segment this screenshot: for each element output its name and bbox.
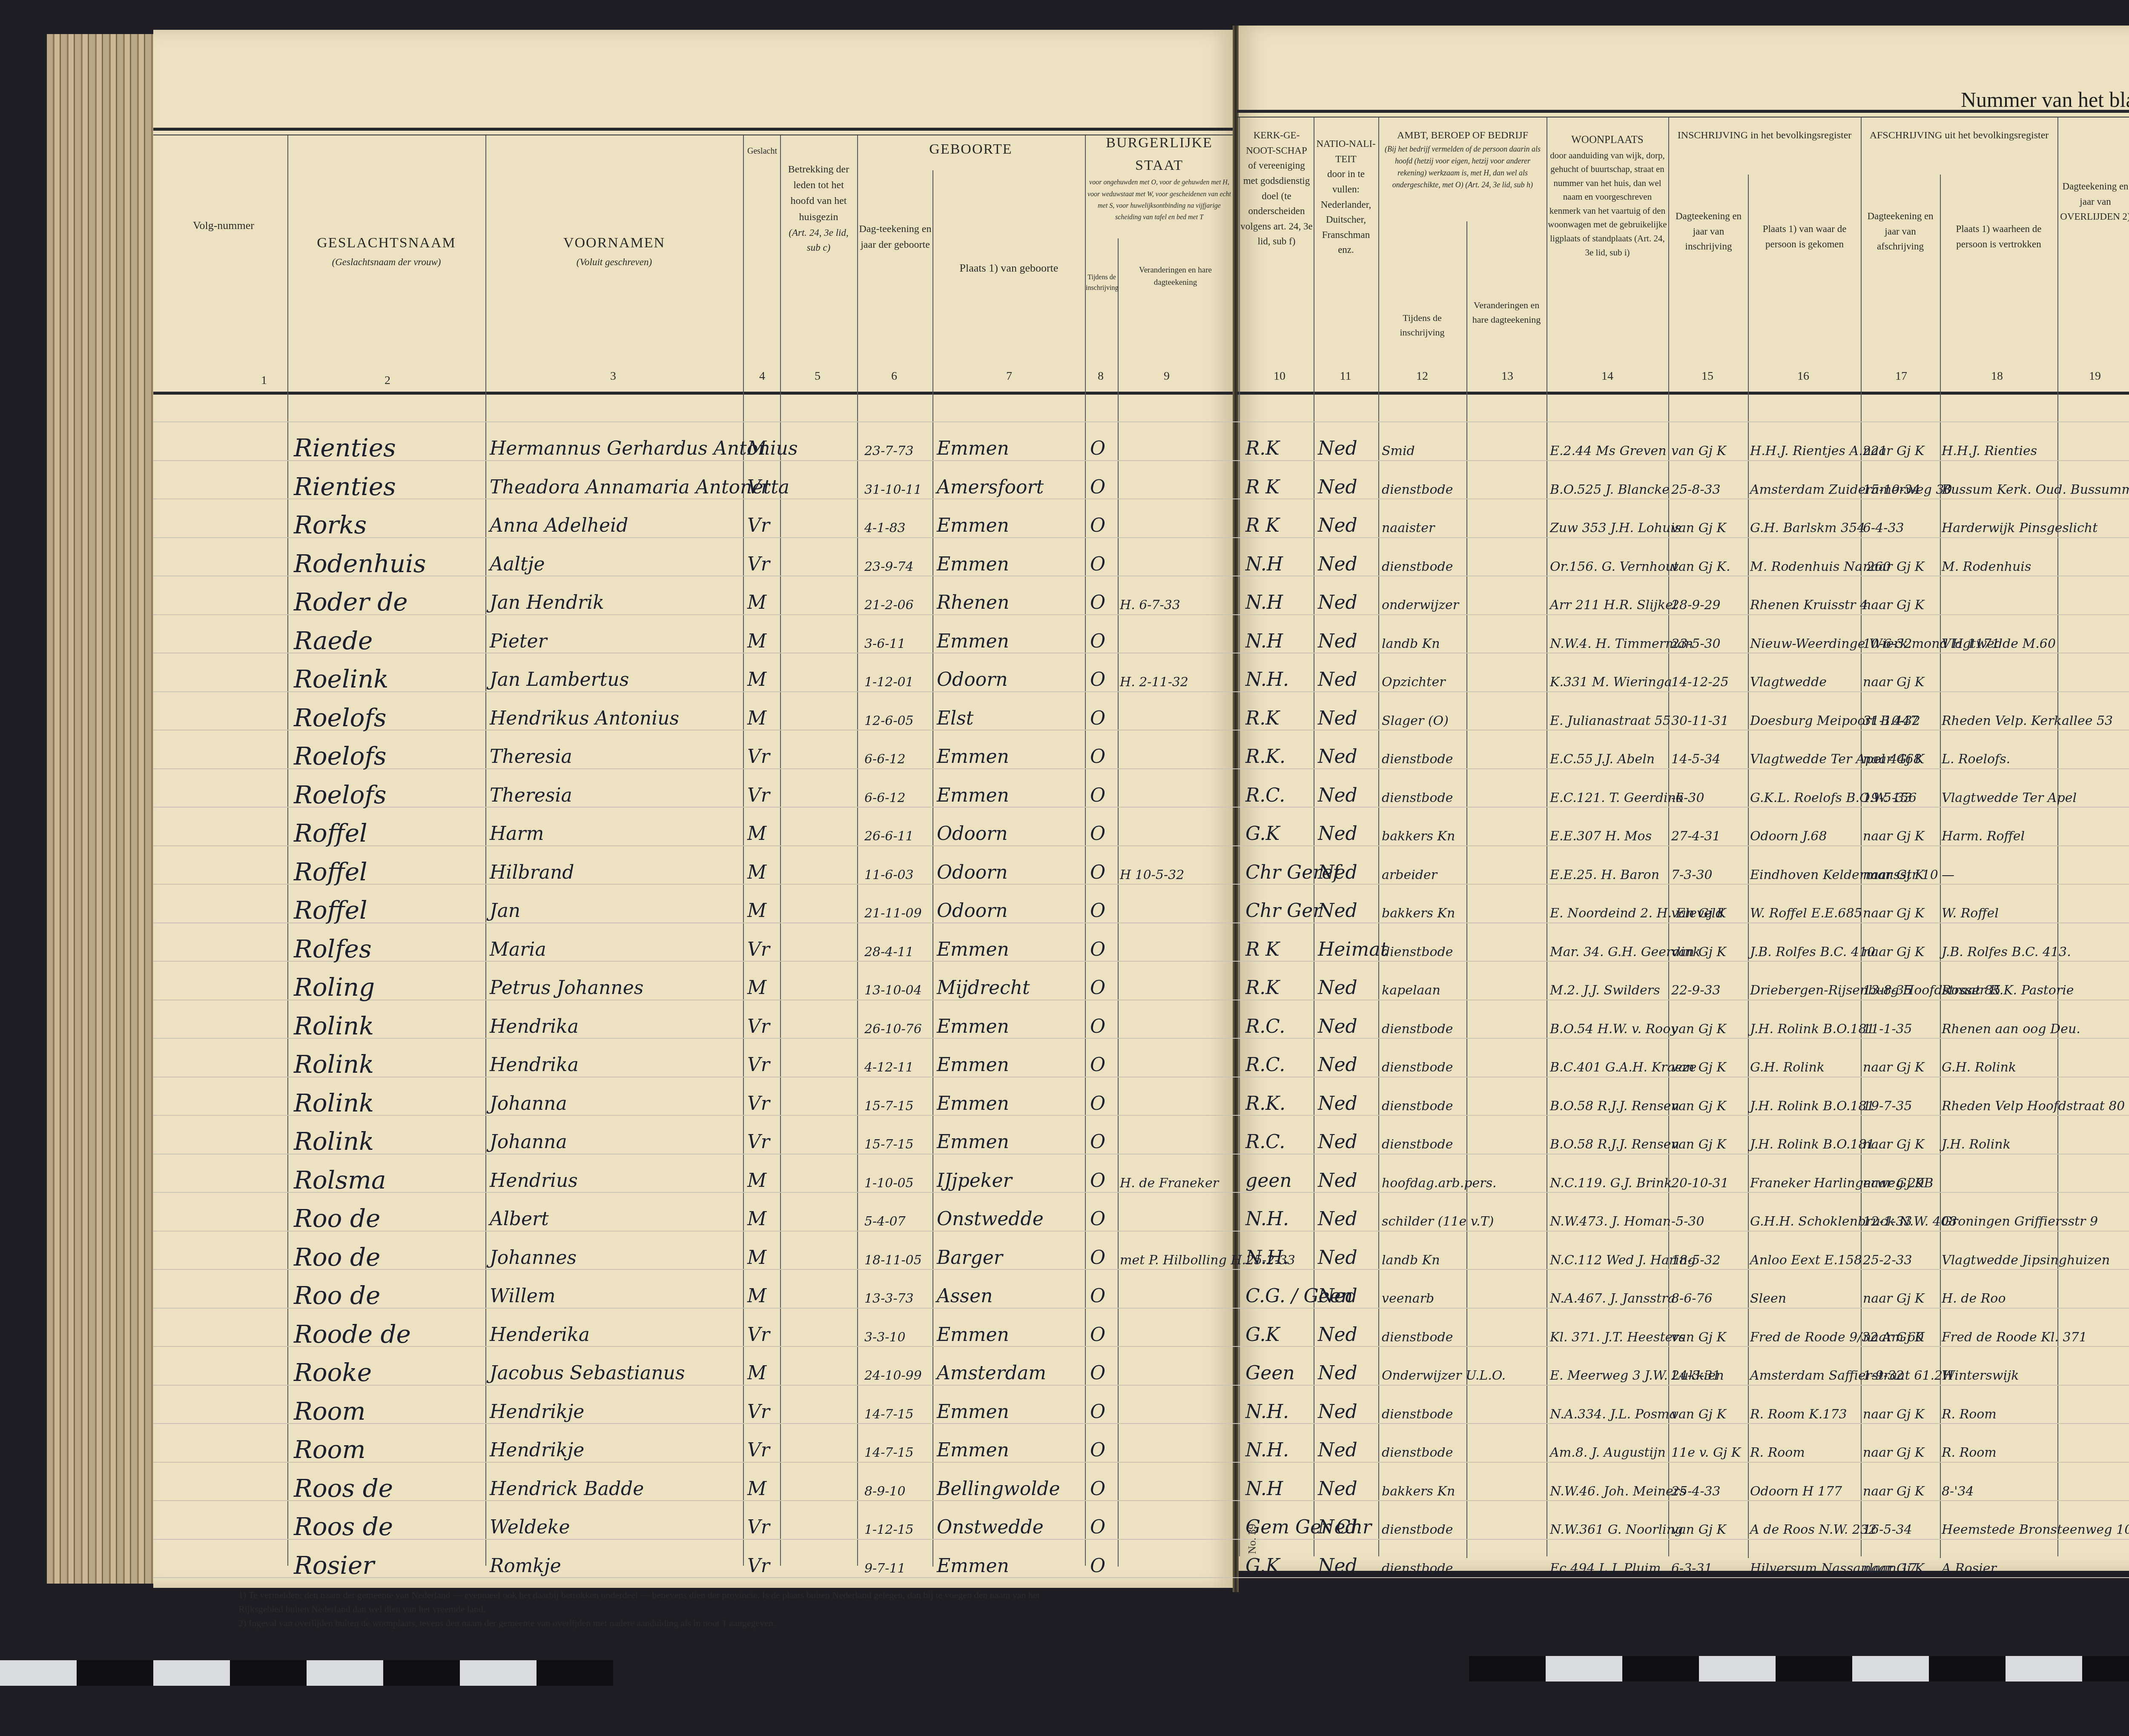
column-number: 8 <box>1092 370 1109 383</box>
header-bottom-rule <box>153 392 1233 395</box>
header-sub: (Voluit geschreven) <box>488 255 741 270</box>
header-group: GEBOORTE <box>858 138 1084 161</box>
cell-surname: Rolsma <box>294 1166 386 1195</box>
cell-out-to: L. Roelofs. <box>1942 752 2010 767</box>
cell-nat: Ned <box>1318 515 1357 536</box>
header-nationaliteit: NATIO-NALI-TEITdoor in te vullen: Nederl… <box>1314 136 1377 258</box>
header-sub: door aanduiding van wijk, dorp, gehucht … <box>1547 149 1667 259</box>
cell-out-date: naar Gj K <box>1863 598 1924 613</box>
cell-job: landb Kn <box>1382 1253 1440 1268</box>
cell-birth-date: 23-9-74 <box>864 559 914 574</box>
cell-job: dienstbode <box>1382 482 1453 497</box>
cell-surname: Roelofs <box>294 780 387 809</box>
cell-birth-place: Emmen <box>937 785 1009 806</box>
cell-job: dienstbode <box>1382 1022 1453 1037</box>
column-number: 7 <box>1001 370 1018 383</box>
cell-residence: M.2. J.J. Swilders <box>1550 983 1660 998</box>
cell-out-date: naar Gj K <box>1863 559 1924 574</box>
cell-surname: Rolink <box>294 1011 374 1040</box>
cell-church: R.K. <box>1245 1093 1285 1114</box>
cell-out-date: 31-10-32 <box>1863 713 1920 728</box>
cell-sex: Vr <box>747 746 770 768</box>
cell-birth-date: 21-2-06 <box>864 598 914 613</box>
cell-given: Anna Adelheid <box>490 515 628 536</box>
cell-out-date: 12-1-33 <box>1863 1214 1912 1229</box>
cell-nat: Ned <box>1318 1362 1357 1384</box>
cell-sex: Vr <box>747 1555 770 1577</box>
header-afschrijving-plaats: Plaats 1) waarheen de persoon is vertrok… <box>1941 221 2057 252</box>
cell-job: Opzichter <box>1382 675 1445 690</box>
cell-in-from: Amsterdam Zuideramerweg 30 <box>1750 482 1952 497</box>
cell-birth-place: Emmen <box>937 1324 1009 1346</box>
cell-out-date: naar Gj K <box>1863 752 1924 767</box>
cell-sex: M <box>747 669 766 690</box>
cell-church: Geen <box>1245 1362 1295 1384</box>
cell-out-to: Harm. Roffel <box>1942 829 2025 844</box>
cell-given: Theresia <box>490 746 572 768</box>
cell-nat: Ned <box>1318 977 1357 999</box>
cell-sex: M <box>747 592 766 613</box>
cell-surname: Room <box>294 1397 366 1426</box>
ruled-line <box>153 1000 2129 1000</box>
cell-residence: Zuw 353 J.H. Lohuis <box>1550 521 1681 536</box>
cell-birth-place: Emmen <box>937 515 1009 536</box>
cell-job: dienstbode <box>1382 1330 1453 1345</box>
cell-birth-date: 15-7-15 <box>864 1099 914 1114</box>
cell-surname: Raede <box>294 626 373 655</box>
cell-in-from: G.H. Barlskm 354 <box>1750 521 1865 536</box>
cell-in-from: J.H. Rolink B.O.181 <box>1750 1022 1875 1037</box>
cell-birth-place: Emmen <box>937 1054 1009 1076</box>
header-burgerlijke-staat: BURGERLIJKE STAATvoor ongehuwden met O, … <box>1086 132 1233 223</box>
cell-birth-place: Emmen <box>937 1093 1009 1114</box>
cell-birth-date: 28-4-11 <box>864 945 914 960</box>
cell-birth-place: Barger <box>937 1247 1003 1269</box>
cell-birth-date: 3-6-11 <box>864 636 906 651</box>
cell-civil: O <box>1090 900 1105 922</box>
cell-nat: Ned <box>1318 1093 1357 1114</box>
ruled-line <box>153 460 2129 461</box>
header-sub: of vereeniging met godsdienstig doel (te… <box>1240 158 1313 249</box>
cell-residence: Ec 494 L.J. Pluim <box>1550 1561 1661 1576</box>
cell-church: G.K <box>1245 1555 1280 1577</box>
header-geboorte-plaats: Plaats 1) van geboorte <box>933 260 1085 277</box>
cell-birth-date: 31-10-11 <box>864 482 922 497</box>
cell-nat: Ned <box>1318 438 1357 459</box>
cell-out-to: J.H. Rolink <box>1942 1137 2011 1152</box>
header-title: KERK-GE-NOOT-SCHAP <box>1240 128 1313 158</box>
cell-out-to: R. Room <box>1942 1407 1997 1422</box>
cell-surname: Rolink <box>294 1089 374 1117</box>
cell-in-date: van Gj K <box>1671 1522 1726 1537</box>
cell-sex: M <box>747 977 766 999</box>
cell-birth-place: Mijdrecht <box>937 977 1030 999</box>
cell-in-date: 27-4-31 <box>1671 829 1721 844</box>
cell-nat: Ned <box>1318 1247 1357 1269</box>
ruled-line <box>153 1500 2129 1501</box>
cell-nat: Ned <box>1318 1324 1357 1346</box>
cell-job: dienstbode <box>1382 1099 1453 1114</box>
cell-sex: M <box>747 862 766 883</box>
cell-church: geen <box>1245 1170 1292 1192</box>
cell-given: Hendrika <box>490 1016 579 1037</box>
header-note: voor ongehuwden met O, voor de gehuwden … <box>1086 177 1233 223</box>
cell-surname: Roo de <box>294 1243 380 1272</box>
cell-given: Hendrikus Antonius <box>490 708 679 729</box>
cell-civil: O <box>1090 669 1105 690</box>
cell-out-date: naar Gj K <box>1863 1407 1924 1422</box>
cell-nat: Ned <box>1318 1016 1357 1037</box>
cell-birth-place: Emmen <box>937 939 1009 960</box>
cell-out-date: 16-5-34 <box>1863 1522 1912 1537</box>
cell-out-to: J.B. Rolfes B.C. 413. <box>1942 945 2071 960</box>
cell-civil: O <box>1090 1208 1105 1230</box>
cell-birth-place: Emmen <box>937 746 1009 768</box>
cell-given: Jan Hendrik <box>490 592 604 613</box>
cell-sex: M <box>747 1478 766 1500</box>
cell-residence: N.W.473. J. Homan <box>1550 1214 1671 1229</box>
header-voornamen: VOORNAMEN(Voluit geschreven) <box>488 232 741 269</box>
cell-out-to: H.H.J. Rienties <box>1942 444 2037 458</box>
cell-in-date: van Gj K <box>1671 521 1726 536</box>
cell-surname: Rolink <box>294 1050 374 1079</box>
cell-sex: Vr <box>747 785 770 806</box>
cell-church: N.H. <box>1245 1401 1289 1423</box>
cell-church: N.H. <box>1245 1208 1289 1230</box>
ruled-line <box>153 884 2129 885</box>
cell-out-date: naar Gj K <box>1863 675 1924 690</box>
ruled-line <box>153 1231 2129 1232</box>
cell-in-from: Rhenen Kruisstr 4 <box>1750 598 1868 613</box>
cell-birth-date: 12-6-05 <box>864 713 914 728</box>
cell-job: dienstbode <box>1382 1060 1453 1075</box>
header-sub: door in te vullen: Nederlander, Duitsche… <box>1314 166 1377 258</box>
cell-birth-place: Rhenen <box>937 592 1009 613</box>
cell-birth-place: Emmen <box>937 630 1009 652</box>
header-title: WOONPLAATS <box>1547 132 1667 149</box>
cell-civil: O <box>1090 1016 1105 1037</box>
cell-in-from: Amsterdam Saffierstraat 61.2H <box>1750 1368 1954 1383</box>
column-number: 10 <box>1271 370 1288 383</box>
cell-residence: N.A.334. J.L. Posma <box>1550 1407 1677 1422</box>
cell-given: Theadora Annamaria Antonetta <box>490 476 789 498</box>
cell-residence: E.E.307 H. Mos <box>1550 829 1652 844</box>
cell-church: G.K <box>1245 1324 1280 1346</box>
cell-job: dienstbode <box>1382 1445 1453 1460</box>
cell-out-to: R. Room <box>1942 1445 1997 1460</box>
cell-sex: M <box>747 1285 766 1307</box>
cell-given: Albert <box>490 1208 549 1230</box>
cell-civil-change: H. 6-7-33 <box>1120 598 1180 613</box>
cell-surname: Rosier <box>294 1551 374 1580</box>
ruled-line <box>153 1385 2129 1386</box>
cell-civil-change: H 10-5-32 <box>1120 868 1184 882</box>
cell-sex: M <box>747 708 766 729</box>
cell-birth-place: Assen <box>937 1285 993 1307</box>
cell-civil: O <box>1090 939 1105 960</box>
cell-nat: Ned <box>1318 708 1357 729</box>
cell-civil: O <box>1090 977 1105 999</box>
cell-church: R.C. <box>1245 1054 1285 1076</box>
cell-in-date: 25-4-33 <box>1671 1484 1721 1499</box>
cell-birth-date: 3-3-10 <box>864 1330 906 1345</box>
cell-civil: O <box>1090 1247 1105 1269</box>
header-note: (Bij het bedrijf vermelden of de persoon… <box>1380 143 1546 191</box>
cell-sex: M <box>747 1362 766 1384</box>
cell-out-date: naar Gj K <box>1863 945 1924 960</box>
col-divider <box>1940 175 1941 1558</box>
cell-given: Maria <box>490 939 546 960</box>
cell-surname: Roode de <box>294 1320 411 1349</box>
cell-job: bakkers Kn <box>1382 829 1455 844</box>
cell-out-to: A Rosier <box>1942 1561 1997 1576</box>
cell-church: N.H <box>1245 592 1283 613</box>
cell-birth-date: 5-4-07 <box>864 1214 906 1229</box>
cell-surname: Roling <box>294 973 375 1002</box>
cell-civil-change: H. 2-11-32 <box>1120 675 1188 690</box>
cell-in-date: 11e v. Gj K <box>1671 1445 1741 1460</box>
cell-out-date: naar Gj K <box>1863 1137 1924 1152</box>
cell-given: Harm <box>490 823 544 845</box>
header-top-rule <box>153 128 1233 131</box>
cell-birth-place: Emmen <box>937 1555 1009 1577</box>
cell-sex: M <box>747 1170 766 1192</box>
cell-birth-place: IJjpeker <box>937 1170 1012 1192</box>
cell-birth-place: Odoorn <box>937 823 1008 845</box>
column-number: 14 <box>1599 370 1616 383</box>
cell-given: Johanna <box>490 1131 567 1153</box>
cell-nat: Ned <box>1318 1516 1357 1538</box>
cell-in-from: R. Room <box>1750 1445 1805 1460</box>
cell-in-date: 22-9-33 <box>1671 983 1721 998</box>
cell-in-date: -5-30 <box>1671 1214 1704 1229</box>
cell-job: dienstbode <box>1382 1522 1453 1537</box>
cell-church: R.C. <box>1245 1131 1285 1153</box>
cell-civil: O <box>1090 1516 1105 1538</box>
cell-given: Henderika <box>490 1324 590 1346</box>
cell-civil: O <box>1090 476 1105 498</box>
cell-birth-place: Emmen <box>937 438 1009 459</box>
cell-birth-place: Emmen <box>937 1016 1009 1037</box>
cell-birth-date: 1-12-01 <box>864 675 914 690</box>
cell-out-date: naar Gj K <box>1863 906 1924 921</box>
cell-job: arbeider <box>1382 868 1437 882</box>
cell-job: onderwijzer <box>1382 598 1459 613</box>
cell-nat: Ned <box>1318 1555 1357 1577</box>
cell-given: Hendrikje <box>490 1401 584 1423</box>
cell-birth-date: 23-7-73 <box>864 444 914 458</box>
cell-job: naaister <box>1382 521 1435 536</box>
header-afschrijving: AFSCHRIJVING uit het bevolkingsregister <box>1862 128 2057 143</box>
cell-in-from: Anloo Eext E.158 <box>1750 1253 1862 1268</box>
col-divider <box>1378 117 1379 1556</box>
cell-civil: O <box>1090 553 1105 575</box>
cell-birth-place: Emmen <box>937 1131 1009 1153</box>
cell-residence: B.O.58 R.J.J. Rensen <box>1550 1137 1679 1152</box>
color-scale-right <box>1469 1656 2129 1682</box>
cell-out-date: naar Gj K <box>1863 1291 1924 1306</box>
cell-out-date: 6-4-33 <box>1863 521 1904 536</box>
cell-birth-date: 6-6-12 <box>864 791 906 805</box>
cell-in-date: 14-5-34 <box>1671 752 1721 767</box>
cell-in-from: Odoorn J.68 <box>1750 829 1827 844</box>
cell-residence: N.W.46. Joh. Meiners <box>1550 1484 1686 1499</box>
book-gutter <box>1233 26 1239 1592</box>
cell-surname: Roelofs <box>294 742 387 771</box>
header-betrekking: Betrekking der leden tot het hoofd van h… <box>781 162 856 255</box>
col-divider <box>1118 238 1119 1567</box>
cell-in-date: van Gj K <box>1671 444 1726 458</box>
column-number: 1 <box>255 374 273 387</box>
col-divider <box>857 135 858 1566</box>
ruled-line <box>153 576 2129 576</box>
cell-in-date: 14-12-25 <box>1671 675 1729 690</box>
cell-surname: Roffel <box>294 857 367 886</box>
cell-church: R.K <box>1245 708 1280 729</box>
cell-birth-place: Odoorn <box>937 862 1008 883</box>
cell-birth-place: Onstwedde <box>937 1516 1044 1538</box>
cell-out-to: Winterswijk <box>1942 1368 2019 1383</box>
ruled-line <box>153 614 2129 615</box>
cell-birth-place: Elst <box>937 708 973 729</box>
cell-out-date: naar Gj K <box>1863 1445 1924 1460</box>
column-number: 16 <box>1795 370 1812 383</box>
cell-given: Jan Lambertus <box>490 669 629 690</box>
ruled-line <box>153 1269 2129 1270</box>
cell-in-date: 23-5-30 <box>1671 636 1721 651</box>
cell-residence: N.A.467. J. Jansstra <box>1550 1291 1675 1306</box>
cell-church: R.K. <box>1245 746 1285 768</box>
cell-nat: Ned <box>1318 1170 1357 1192</box>
cell-church: R.K <box>1245 977 1280 999</box>
cell-out-date: naar Gj K <box>1863 829 1924 844</box>
cell-nat: Ned <box>1318 900 1357 922</box>
header-top-rule-right <box>1237 110 2129 113</box>
header-ambt-tijdens: Tijdens de inschrijving <box>1380 311 1465 340</box>
cell-given: Willem <box>490 1285 555 1307</box>
cell-residence: E.2.44 Ms Greven <box>1550 444 1667 458</box>
cell-out-to: M. Rodenhuis <box>1942 559 2031 574</box>
column-number: 11 <box>1337 370 1354 383</box>
cell-sex: M <box>747 900 766 922</box>
cell-civil: O <box>1090 630 1105 652</box>
header-sub: (Geslachtsnaam der vrouw) <box>290 255 483 270</box>
cell-birth-date: 4-1-83 <box>864 521 906 536</box>
cell-civil: O <box>1090 1324 1105 1346</box>
header-group: AMBT, BEROEP OF BEDRIJF <box>1380 128 1546 143</box>
column-number: 15 <box>1699 370 1716 383</box>
header-tijdens-inschrijving: Tijdens de inschrijving <box>1086 272 1118 294</box>
cell-out-date: 19-7-35 <box>1863 1099 1912 1114</box>
cell-birth-date: 13-10-04 <box>864 983 922 998</box>
cell-nat: Ned <box>1318 1131 1357 1153</box>
ruled-line <box>153 1308 2129 1309</box>
col-divider <box>287 135 288 1566</box>
cell-out-to: Rhenen aan oog Deu. <box>1942 1022 2080 1037</box>
cell-surname: Rienties <box>294 472 396 501</box>
cell-birth-date: 8-9-10 <box>864 1484 906 1499</box>
column-number: 5 <box>809 370 826 383</box>
ruled-line <box>153 1154 2129 1154</box>
ruled-line <box>153 1077 2129 1077</box>
cell-civil: O <box>1090 1555 1105 1577</box>
cell-sex: Vr <box>747 1016 770 1037</box>
cell-out-to: 8-'34 <box>1942 1484 1974 1499</box>
cell-sex: M <box>747 1247 766 1269</box>
cell-given: Weldeke <box>490 1516 570 1538</box>
cell-residence: Am.8. J. Augustijn <box>1550 1445 1666 1460</box>
cell-church: R K <box>1245 476 1280 498</box>
column-number: 12 <box>1414 370 1431 383</box>
cell-residence: E. Julianastraat 55 <box>1550 713 1671 728</box>
footnote-1: 1) Te vermelden: den naam der gemeente v… <box>238 1588 1056 1616</box>
cell-church: R K <box>1245 939 1280 960</box>
ruled-line <box>153 768 2129 769</box>
cell-civil: O <box>1090 1439 1105 1461</box>
col-divider <box>1085 135 1086 1566</box>
cell-civil: O <box>1090 1054 1105 1076</box>
cell-out-to: Fred de Roode Kl. 371 <box>1942 1330 2087 1345</box>
cell-residence: E.C.121. T. Geerdink <box>1550 791 1684 805</box>
ruled-line <box>153 961 2129 962</box>
ruled-line <box>153 1577 2129 1578</box>
cell-birth-place: Amsterdam <box>937 1362 1046 1384</box>
cell-nat: Ned <box>1318 785 1357 806</box>
cell-job: schilder (11e v.T) <box>1382 1214 1494 1229</box>
cell-out-to: W. Roffel <box>1942 906 1999 921</box>
ruled-line <box>153 1462 2129 1463</box>
cell-out-to: H. de Roo <box>1942 1291 2006 1306</box>
cell-sex: Vr <box>747 1324 770 1346</box>
ruled-line <box>153 498 2129 499</box>
footnote-2: 2) Ingeval van overlijden buiten de woon… <box>238 1616 1056 1630</box>
column-number: 3 <box>605 370 622 383</box>
cell-nat: Ned <box>1318 862 1357 883</box>
cell-given: Hendrick Badde <box>490 1478 644 1500</box>
cell-surname: Roder de <box>294 587 408 616</box>
cell-church: R.C. <box>1245 785 1285 806</box>
cell-in-date: 6-3-31 <box>1671 1561 1713 1576</box>
cell-birth-date: 13-3-73 <box>864 1291 914 1306</box>
cell-out-date: naar Gj K <box>1863 868 1924 882</box>
ruled-line <box>153 1115 2129 1116</box>
cell-nat: Ned <box>1318 1054 1357 1076</box>
page-stack-left <box>47 34 162 1584</box>
ruled-line <box>153 807 2129 808</box>
ruled-line <box>153 922 2129 923</box>
page-number-mark: No. 39 <box>1246 1524 1259 1554</box>
cell-birth-date: 26-6-11 <box>864 829 914 844</box>
cell-civil: O <box>1090 1401 1105 1423</box>
cell-out-date: naar Gj K <box>1863 1561 1924 1576</box>
header-overlijden: Dagteekening en jaar van OVERLIJDEN 2) <box>2058 179 2129 224</box>
header-title: VOORNAMEN <box>488 232 741 255</box>
cell-civil: O <box>1090 785 1105 806</box>
cell-nat: Ned <box>1318 669 1357 690</box>
column-number: 17 <box>1893 370 1910 383</box>
cell-surname: Roffel <box>294 819 367 848</box>
cell-residence: K.331 M. Wieringa <box>1550 675 1672 690</box>
header-top-rule-right-thin <box>1237 117 2129 117</box>
cell-birth-place: Emmen <box>937 1439 1009 1461</box>
cell-given: Jan <box>490 900 520 922</box>
cell-in-date: 18-5-32 <box>1671 1253 1721 1268</box>
col-divider <box>933 170 933 1567</box>
cell-birth-date: 15-7-15 <box>864 1137 914 1152</box>
cell-out-date: 1-9-32 <box>1863 1368 1904 1383</box>
cell-given: Hilbrand <box>490 862 574 883</box>
cell-birth-place: Amersfoort <box>937 476 1044 498</box>
